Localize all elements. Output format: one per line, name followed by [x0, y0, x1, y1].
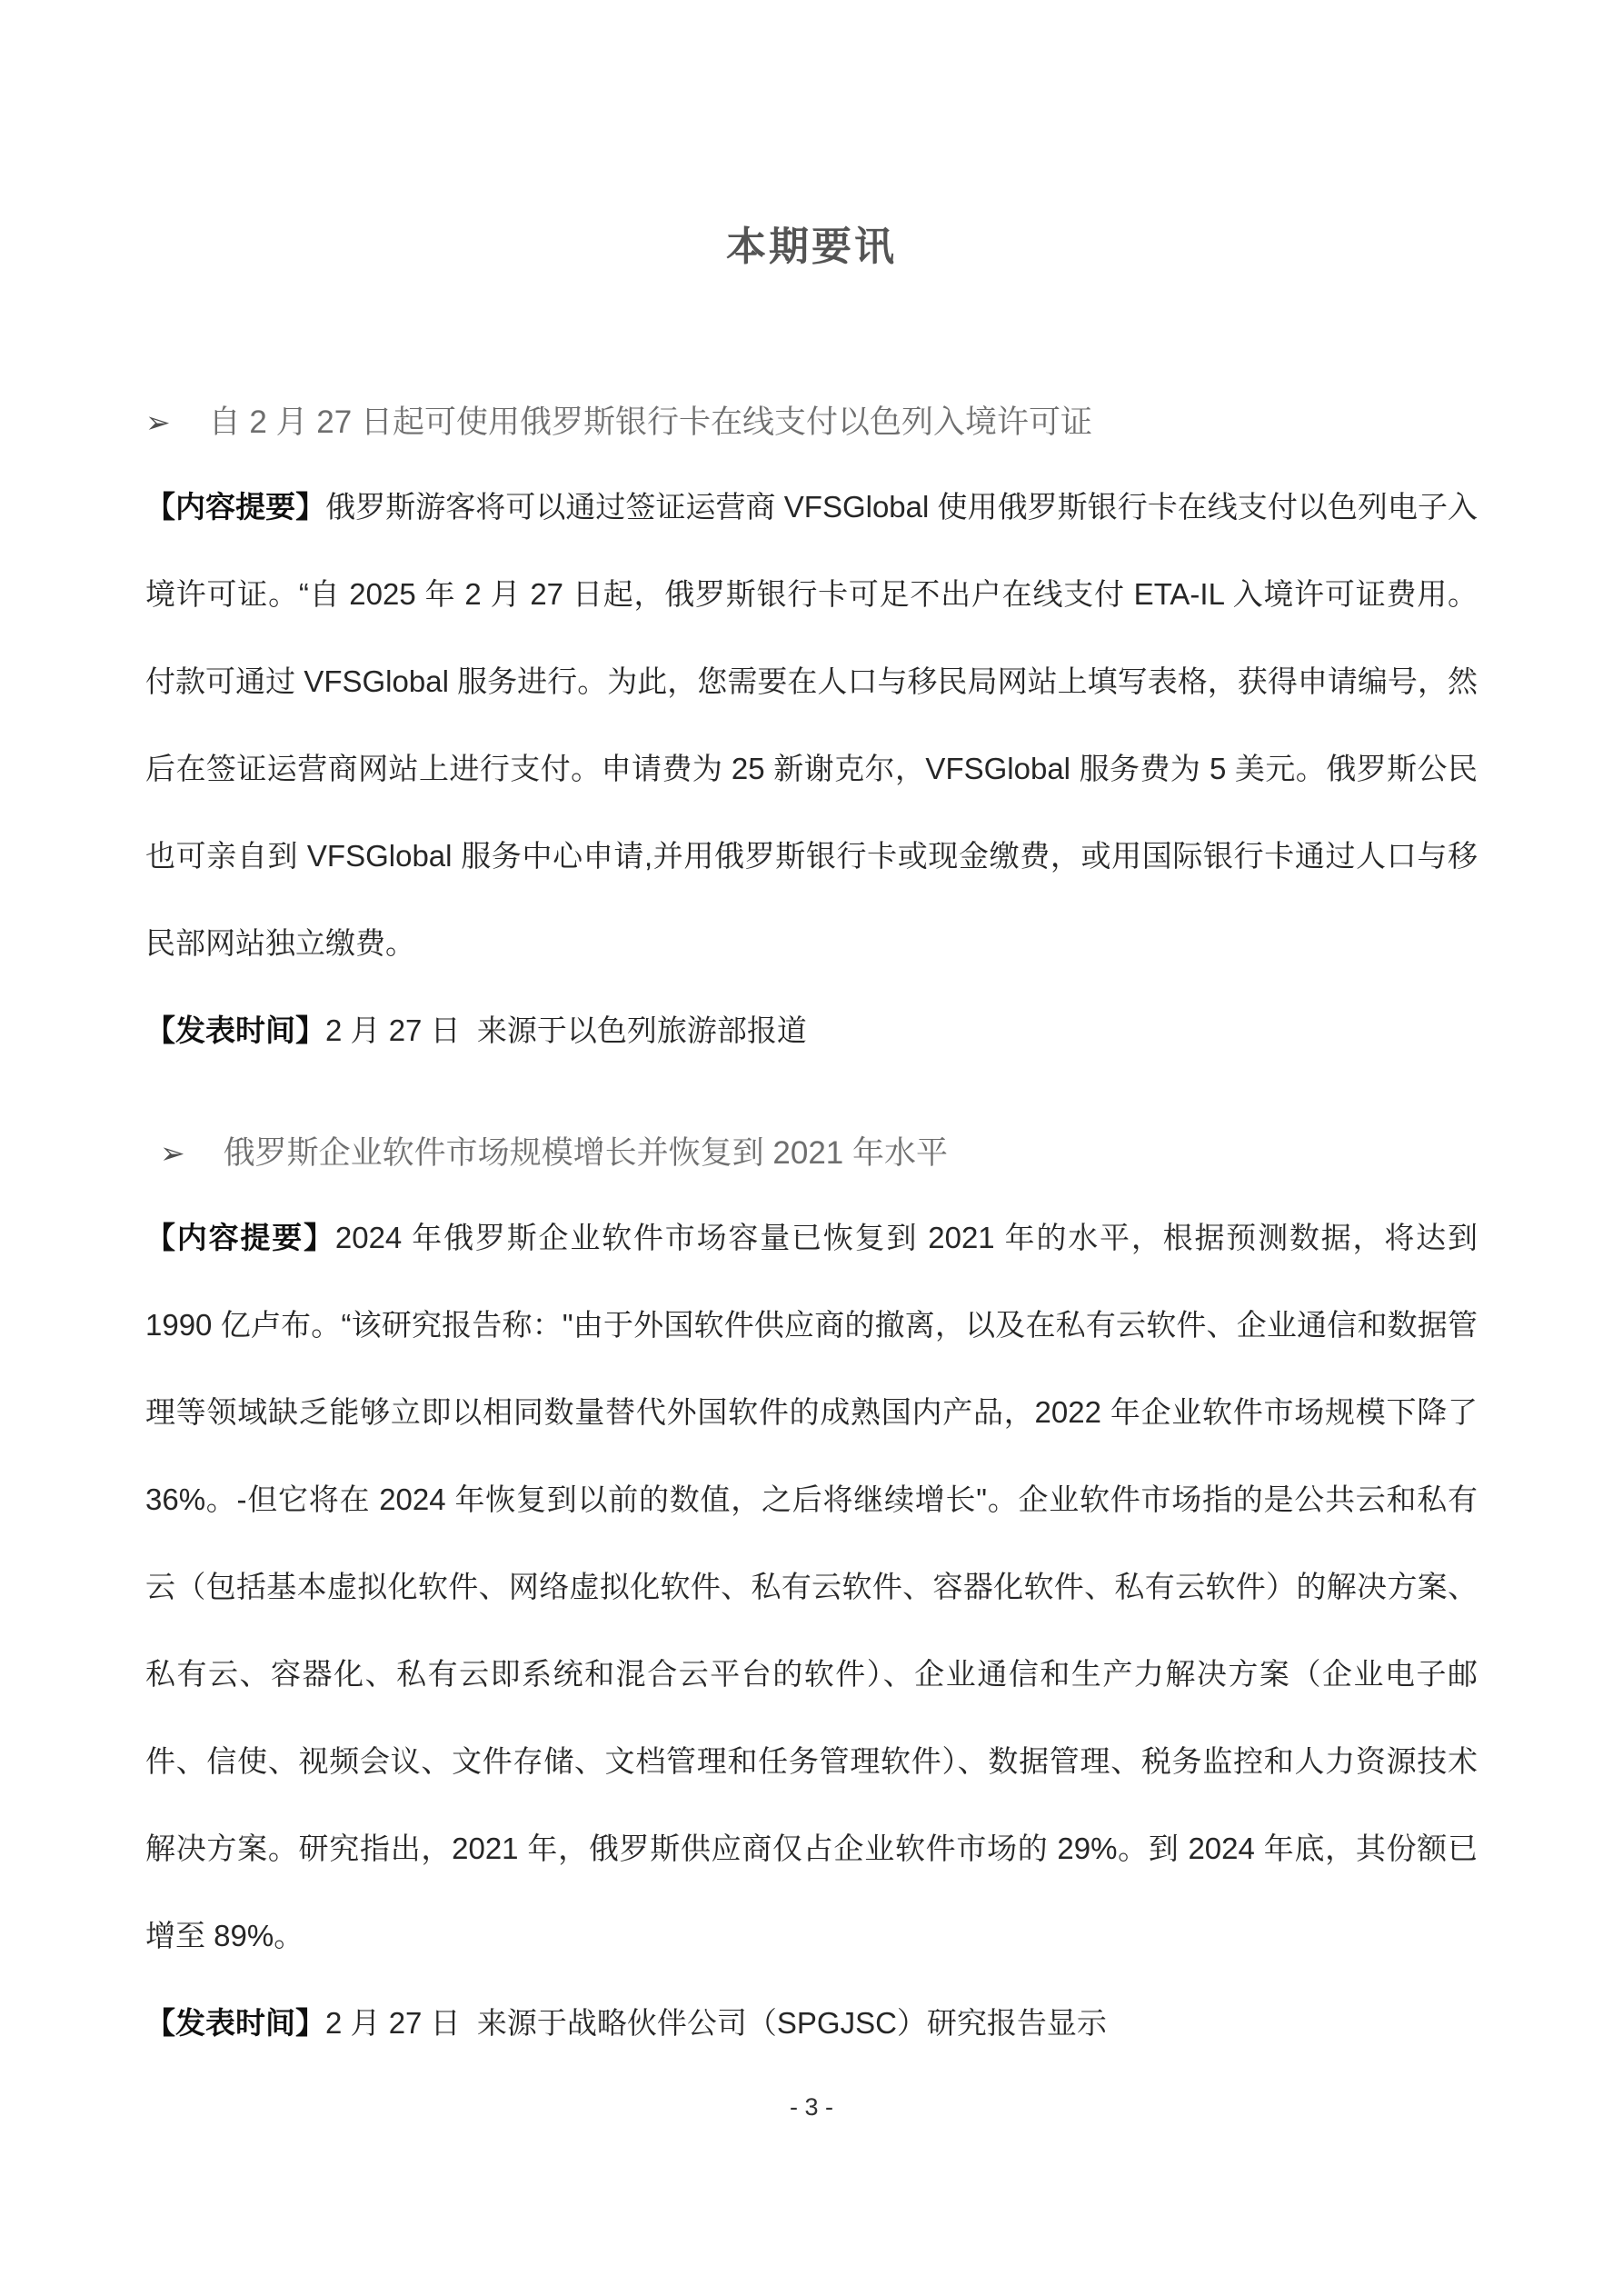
publish-time-label: 【发表时间】: [145, 1013, 325, 1047]
publish-time-text: 2 月 27 日 来源于战略伙伴公司（SPGJSC）研究报告显示: [325, 2006, 1107, 2040]
summary-paragraph: 【内容提要】俄罗斯游客将可以通过签证运营商 VFSGlobal 使用俄罗斯银行卡…: [145, 464, 1478, 987]
publish-time-line: 【发表时间】2 月 27 日 来源于以色列旅游部报道: [145, 987, 1478, 1074]
arrow-bullet-icon: ➢: [160, 1131, 185, 1176]
summary-text: 俄罗斯游客将可以通过签证运营商 VFSGlobal 使用俄罗斯银行卡在线支付以色…: [145, 490, 1478, 960]
summary-paragraph: 【内容提要】2024 年俄罗斯企业软件市场容量已恢复到 2021 年的水平，根据…: [145, 1194, 1478, 1980]
news-section-software-market: ➢ 俄罗斯企业软件市场规模增长并恢复到 2021 年水平 【内容提要】2024 …: [145, 1131, 1478, 2067]
page-title: 本期要讯: [145, 0, 1478, 275]
arrow-bullet-icon: ➢: [145, 400, 171, 445]
document-page: 本期要讯 ➢ 自 2 月 27 日起可使用俄罗斯银行卡在线支付以色列入境许可证 …: [0, 0, 1623, 2296]
publish-time-text: 2 月 27 日 来源于以色列旅游部报道: [325, 1013, 807, 1047]
publish-time-line: 【发表时间】2 月 27 日 来源于战略伙伴公司（SPGJSC）研究报告显示: [145, 1980, 1478, 2067]
page-number: - 3 -: [0, 2089, 1623, 2125]
section-heading-text: 俄罗斯企业软件市场规模增长并恢复到 2021 年水平: [224, 1131, 948, 1176]
summary-label: 【内容提要】: [145, 490, 325, 524]
publish-time-label: 【发表时间】: [145, 2006, 325, 2040]
summary-label: 【内容提要】: [145, 1221, 335, 1254]
section-heading-text: 自 2 月 27 日起可使用俄罗斯银行卡在线支付以色列入境许可证: [209, 400, 1092, 445]
section-heading-row: ➢ 俄罗斯企业软件市场规模增长并恢复到 2021 年水平: [145, 1131, 1478, 1176]
summary-text: 2024 年俄罗斯企业软件市场容量已恢复到 2021 年的水平，根据预测数据，将…: [145, 1221, 1478, 1952]
section-heading-row: ➢ 自 2 月 27 日起可使用俄罗斯银行卡在线支付以色列入境许可证: [145, 400, 1478, 445]
news-section-visa-payment: ➢ 自 2 月 27 日起可使用俄罗斯银行卡在线支付以色列入境许可证 【内容提要…: [145, 400, 1478, 1074]
